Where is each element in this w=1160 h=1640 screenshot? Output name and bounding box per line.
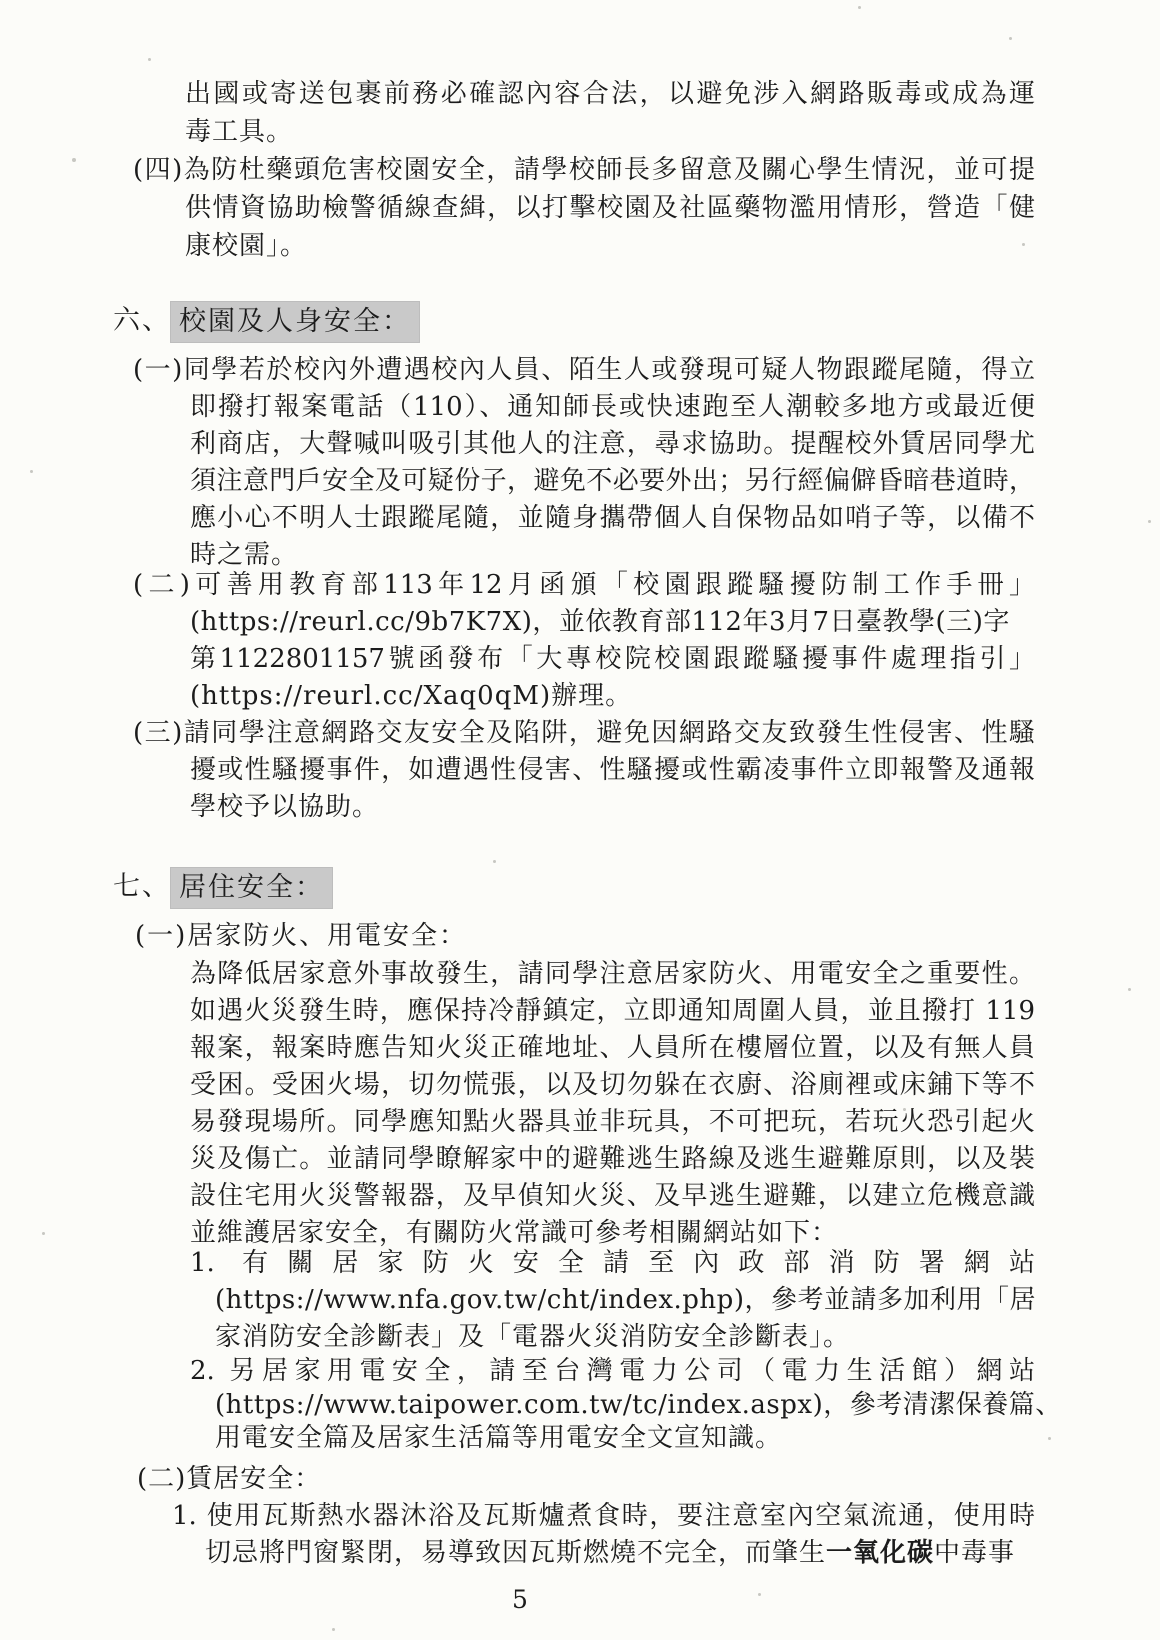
scan-speck bbox=[588, 1048, 591, 1051]
text-line: 如遇火災發生時，應保持冷靜鎮定，立即通知周圍人員，並且撥打 119 bbox=[190, 992, 1035, 1030]
scan-speck bbox=[1148, 520, 1151, 523]
text-segment: 中毒事 bbox=[934, 1538, 1015, 1568]
heading-highlight: 居住安全： bbox=[171, 868, 332, 908]
text-line: 災及傷亡。並請同學瞭解家中的避難逃生路線及逃生避難原則，以及裝 bbox=[190, 1140, 1035, 1178]
scan-speck bbox=[42, 1232, 45, 1235]
scan-speck bbox=[148, 58, 151, 61]
text-line: 1. 使用瓦斯熱水器沐浴及瓦斯爐煮食時，要注意室內空氣流通，使用時 bbox=[172, 1497, 1035, 1535]
text-line: (三)請同學注意網路交友安全及陷阱，避免因網路交友致發生性侵害、性騷 bbox=[133, 714, 1035, 752]
text-line: (https://www.nfa.gov.tw/cht/index.php)，參… bbox=[215, 1281, 1036, 1319]
scan-speck bbox=[903, 1108, 906, 1111]
scan-speck bbox=[1022, 243, 1025, 246]
text-line: (一)同學若於校內外遭遇校內人員、陌生人或發現可疑人物跟蹤尾隨，得立 bbox=[133, 351, 1035, 389]
text-line: 須注意門戶安全及可疑份子，避免不必要外出；另行經偏僻昏暗巷道時， bbox=[190, 462, 1035, 500]
scan-speck bbox=[758, 1593, 761, 1596]
text-line: 1. 有關居家防火安全請至內政部消防署網站 bbox=[190, 1244, 1035, 1282]
text-line: 易發現場所。同學應知點火器具並非玩具，不可把玩，若玩火恐引起火 bbox=[190, 1103, 1035, 1141]
text-line: 報案，報案時應告知火災正確地址、人員所在樓層位置，以及有無人員 bbox=[190, 1029, 1035, 1067]
text-line: 學校予以協助。 bbox=[190, 788, 379, 826]
heading-highlight: 校園及人身安全： bbox=[171, 302, 419, 342]
text-line: 應小心不明人士跟蹤尾隨，並隨身攜帶個人自保物品如哨子等，以備不 bbox=[190, 499, 1035, 537]
text-line: (四)為防杜藥頭危害校園安全，請學校師長多留意及關心學生情況，並可提 bbox=[133, 151, 1035, 189]
section-heading: 七、居住安全： bbox=[113, 864, 332, 910]
scanned-document-page: 出國或寄送包裹前務必確認內容合法，以避免涉入網路販毒或成為運毒工具。(四)為防杜… bbox=[0, 0, 1160, 1640]
text-line: (https://reurl.cc/9b7K7X)，並依教育部112年3月7日臺… bbox=[190, 603, 1010, 641]
heading-number: 七、 bbox=[113, 864, 171, 910]
text-line: 即撥打報案電話（110）、通知師長或快速跑至人潮較多地方或最近便 bbox=[190, 388, 1035, 426]
text-line: 第1122801157號函發布「大專校院校園跟蹤騷擾事件處理指引」 bbox=[190, 640, 1035, 678]
heading-number: 六、 bbox=[113, 298, 171, 344]
scan-speck bbox=[72, 158, 76, 162]
text-line: 為降低居家意外事故發生，請同學注意居家防火、用電安全之重要性。 bbox=[190, 955, 1035, 993]
text-line: (https://reurl.cc/Xaq0qM)辦理。 bbox=[190, 677, 632, 715]
scan-speck bbox=[858, 6, 861, 9]
text-line: 2. 另居家用電安全，請至台灣電力公司（電力生活館）網站 bbox=[190, 1352, 1035, 1390]
text-line: 毒工具。 bbox=[185, 113, 293, 151]
text-line: (一)居家防火、用電安全： bbox=[135, 917, 465, 955]
text-line: 切忌將門窗緊閉，易導致因瓦斯燃燒不完全，而肇生一氧化碳中毒事 bbox=[205, 1534, 1015, 1572]
scan-speck bbox=[1128, 988, 1131, 991]
bold-text: 一氧化碳 bbox=[826, 1538, 934, 1568]
section-heading: 六、校園及人身安全： bbox=[113, 298, 419, 344]
scan-speck bbox=[1009, 37, 1012, 40]
scan-speck bbox=[493, 860, 496, 863]
scan-speck bbox=[1048, 1437, 1051, 1440]
text-line: 設住宅用火災警報器，及早偵知火災、及早逃生避難，以建立危機意識 bbox=[190, 1177, 1035, 1215]
scan-speck bbox=[30, 470, 33, 473]
text-line: 康校園」。 bbox=[185, 227, 307, 265]
text-line: 擾或性騷擾事件，如遭遇性侵害、性騷擾或性霸凌事件立即報警及通報 bbox=[190, 751, 1035, 789]
text-line: 利商店，大聲喊叫吸引其他人的注意，尋求協助。提醒校外賃居同學尤 bbox=[190, 425, 1035, 463]
text-segment: 切忌將門窗緊閉，易導致因瓦斯燃燒不完全，而肇生 bbox=[205, 1538, 826, 1568]
text-line: 供情資協助檢警循線查緝，以打擊校園及社區藥物濫用情形，營造「健 bbox=[185, 189, 1035, 227]
text-line: 家消防安全診斷表」及「電器火災消防安全診斷表」。 bbox=[215, 1318, 850, 1356]
text-line: 受困。受困火場，切勿慌張，以及切勿躲在衣廚、浴廁裡或床鋪下等不 bbox=[190, 1066, 1035, 1104]
scan-speck bbox=[332, 1628, 335, 1631]
text-line: 用電安全篇及居家生活篇等用電安全文宣知識。 bbox=[215, 1419, 782, 1457]
page-number: 5 bbox=[460, 1585, 580, 1615]
text-line: 出國或寄送包裹前務必確認內容合法，以避免涉入網路販毒或成為運 bbox=[185, 75, 1035, 113]
text-line: (二)可善用教育部113年12月函頒「校園跟蹤騷擾防制工作手冊」 bbox=[133, 566, 1035, 604]
text-line: (二)賃居安全： bbox=[137, 1460, 321, 1498]
